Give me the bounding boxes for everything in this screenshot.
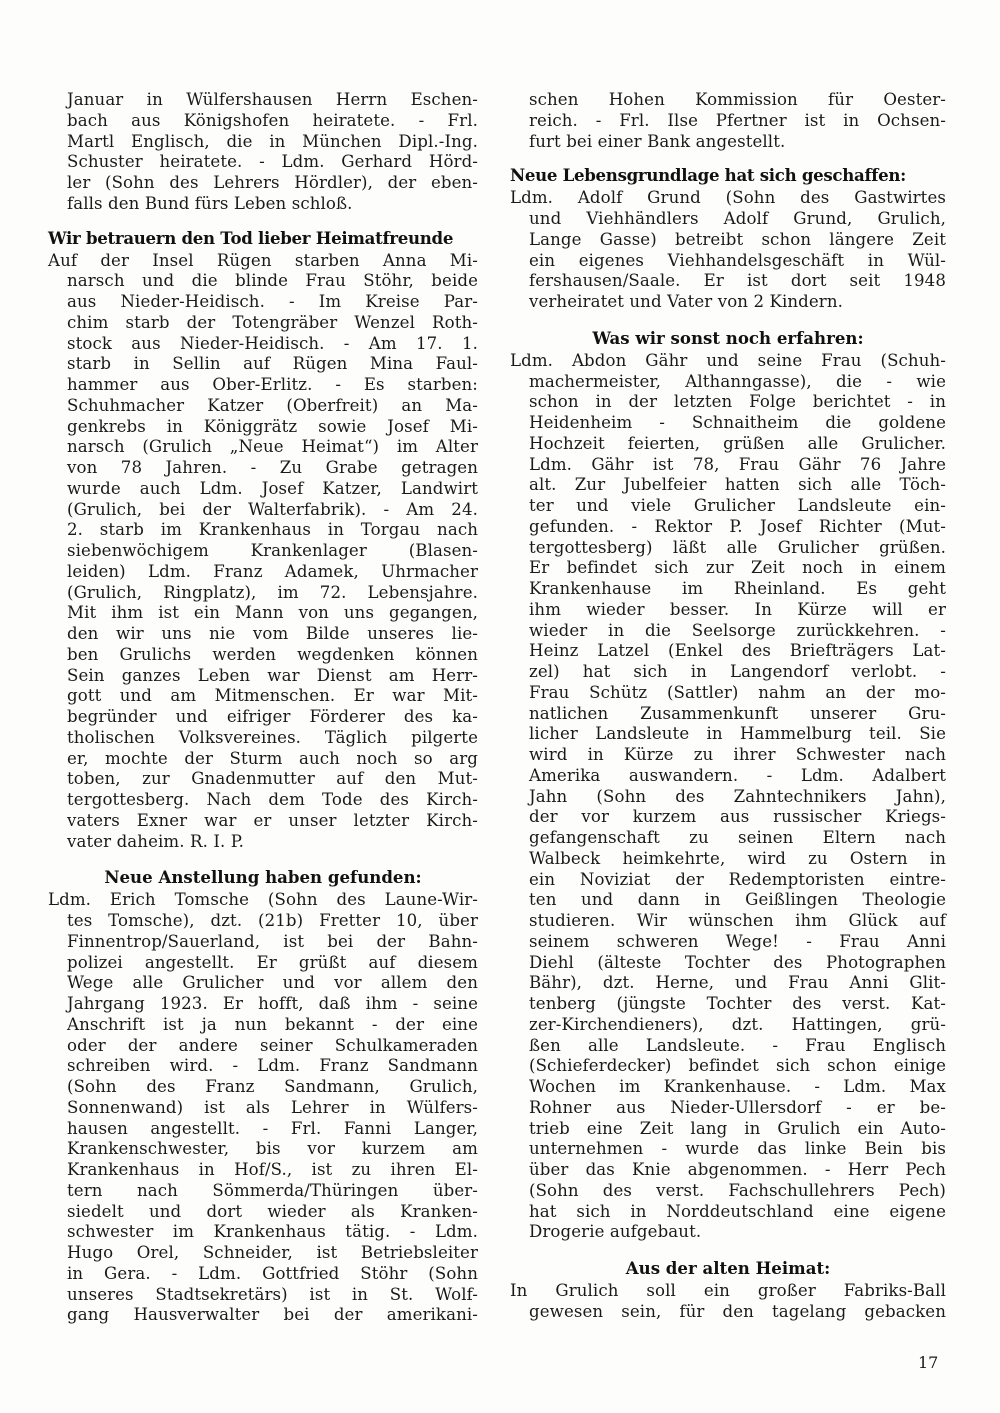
text-line: chim starb der Totengräber Wenzel Roth- (67, 313, 478, 334)
text-line: fershausen/Saale. Er ist dort seit 1948 (529, 271, 946, 292)
text-line: (Sohn des Franz Sandmann, Grulich, (67, 1077, 478, 1098)
text-line: tholischen Volksvereines. Täglich pilger… (67, 728, 478, 749)
text-line: Heidenheim - Schnaitheim die goldene (529, 413, 946, 434)
section-old-homeland: Aus der alten Heimat: In Grulich soll ei… (510, 1255, 946, 1323)
text-line: Walbeck heimkehrte, wird zu Ostern in (529, 849, 946, 870)
text-line: tes Tomsche), dzt. (21b) Fretter 10, übe… (67, 911, 478, 932)
text-line: ßen alle Landsleute. - Frau Englisch (529, 1036, 946, 1057)
text-line: leiden) Ldm. Franz Adamek, Uhrmacher (67, 562, 478, 583)
text-line: reich. - Frl. Ilse Pfertner ist in Ochse… (529, 111, 946, 132)
text-line: ihm wieder besser. In Kürze will er (529, 600, 946, 621)
section-new-employment: Neue Anstellung haben gefunden: Ldm. Eri… (48, 864, 478, 1326)
section-heading: Neue Lebensgrundlage hat sich geschaffen… (510, 162, 946, 188)
text-line: falls den Bund fürs Leben schloß. (67, 194, 478, 215)
document-page: Januar in Wülfershausen Herrn Eschen- ba… (0, 0, 1000, 1413)
text-line: Ldm. Abdon Gähr und seine Frau (Schuh- (510, 351, 946, 372)
text-line: wurde auch Ldm. Josef Katzer, Landwirt (67, 479, 478, 500)
text-line: Schuhmacher Katzer (Oberfreit) an Ma- (67, 396, 478, 417)
text-line: ein eigenes Viehhandelsgeschäft in Wül- (529, 251, 946, 272)
text-line: siebenwöchigem Krankenlager (Blasen- (67, 541, 478, 562)
text-line: von 78 Jahren. - Zu Grabe getragen (67, 458, 478, 479)
text-line: narsch (Grulich „Neue Heimat“) im Alter (67, 437, 478, 458)
text-line: Ldm. Gähr ist 78, Frau Gähr 76 Jahre (529, 455, 946, 476)
text-line: unseres Stadtsekretärs) ist in St. Wolf- (67, 1285, 478, 1306)
text-line: 2. starb im Krankenhaus in Torgau nach (67, 520, 478, 541)
text-line: furt bei einer Bank angestellt. (529, 132, 946, 153)
text-line: seinem schweren Wege! - Frau Anni (529, 932, 946, 953)
text-line: ben Grulichs werden wegdenken können (67, 645, 478, 666)
text-line: Mit ihm ist ein Mann von uns gegangen, (67, 603, 478, 624)
text-line: schen Hohen Kommission für Oester- (529, 90, 946, 111)
text-line: Wochen im Krankenhause. - Ldm. Max (529, 1077, 946, 1098)
text-line: verheiratet und Vater von 2 Kindern. (529, 292, 946, 313)
text-line: Sonnenwand) ist als Lehrer in Wülfers- (67, 1098, 478, 1119)
section-heading: Wir betrauern den Tod lieber Heimatfreun… (48, 225, 478, 251)
text-line: wieder in die Seelsorge zurückkehren. - (529, 621, 946, 642)
section-other-news: Was wir sonst noch erfahren: Ldm. Abdon … (510, 325, 946, 1243)
text-line: stock aus Nieder-Heidisch. - Am 17. 1. (67, 334, 478, 355)
text-line: tergottesberg) läßt alle Grulicher grüße… (529, 538, 946, 559)
text-line: Jahrgang 1923. Er hofft, daß ihm - seine (67, 994, 478, 1015)
text-line: siedelt und dort wieder als Kranken- (67, 1202, 478, 1223)
text-line: polizei angestellt. Er grüßt auf diesem (67, 953, 478, 974)
text-line: Krankenhaus in Hof/S., ist zu ihren El- (67, 1160, 478, 1181)
text-line: Drogerie aufgebaut. (529, 1222, 946, 1243)
text-line: alt. Zur Jubelfeier hatten sich alle Töc… (529, 475, 946, 496)
text-line: Hochzeit feierten, grüßen alle Grulicher… (529, 434, 946, 455)
text-line: ein Noviziat der Redemptoristen eintre- (529, 870, 946, 891)
text-line: gang Hausverwalter bei der amerikani- (67, 1305, 478, 1326)
text-line: schon in der letzten Folge berichtet - i… (529, 392, 946, 413)
text-line: in Gera. - Ldm. Gottfried Stöhr (Sohn (67, 1264, 478, 1285)
text-line: Lange Gasse) betreibt schon längere Zeit (529, 230, 946, 251)
text-line: natlichen Zusammenkunft unserer Gru- (529, 704, 946, 725)
text-line: Finnentrop/Sauerland, ist bei der Bahn- (67, 932, 478, 953)
text-line: begründer und eifriger Förderer des ka- (67, 707, 478, 728)
text-line: studieren. Wir wünschen ihm Glück auf (529, 911, 946, 932)
text-line: schreiben wird. - Ldm. Franz Sandmann (67, 1056, 478, 1077)
text-line: aus Nieder-Heidisch. - Im Kreise Par- (67, 292, 478, 313)
text-line: (Schieferdecker) befindet sich schon ein… (529, 1056, 946, 1077)
text-line: Sein ganzes Leben war Dienst am Herr- (67, 666, 478, 687)
text-line: tern nach Sömmerda/Thüringen über- (67, 1181, 478, 1202)
text-line: zer-Kirchendieners), dzt. Hattingen, grü… (529, 1015, 946, 1036)
text-line: genkrebs in Königgrätz sowie Josef Mi- (67, 417, 478, 438)
text-line: (Grulich, Ringplatz), im 72. Lebensjahre… (67, 583, 478, 604)
text-line: hat sich in Norddeutschland eine eigene (529, 1202, 946, 1223)
section-heading: Aus der alten Heimat: (510, 1255, 946, 1281)
text-line: tergottesberg. Nach dem Tode des Kirch- (67, 790, 478, 811)
text-line: ter und viele Grulicher Landsleute ein- (529, 496, 946, 517)
text-line: Krankenschwester, bis vor kurzem am (67, 1139, 478, 1160)
text-line: Schuster heiratete. - Ldm. Gerhard Hörd- (67, 152, 478, 173)
text-line: Januar in Wülfershausen Herrn Eschen- (67, 90, 478, 111)
text-line: licher Landsleute in Hammelburg teil. Si… (529, 724, 946, 745)
text-line: (Grulich, bei der Walterfabrik). - Am 24… (67, 500, 478, 521)
page-number: 17 (918, 1353, 938, 1372)
text-line: toben, zur Gnadenmutter auf den Mut- (67, 769, 478, 790)
text-line: ler (Sohn des Lehrers Hördler), der eben… (67, 173, 478, 194)
text-line: er, mochte der Sturm auch noch so arg (67, 749, 478, 770)
text-line: Martl Englisch, die in München Dipl.-Ing… (67, 132, 478, 153)
text-line: unternehmen - wurde das linke Bein bis (529, 1139, 946, 1160)
text-line: Amerika auswandern. - Ldm. Adalbert (529, 766, 946, 787)
text-line: gewesen sein, für den tagelang gebacken (529, 1302, 946, 1323)
text-line: Heinz Latzel (Enkel des Briefträgers Lat… (529, 641, 946, 662)
text-line: zel) hat sich in Langendorf verlobt. - (529, 662, 946, 683)
text-line: In Grulich soll ein großer Fabriks-Ball (510, 1281, 946, 1302)
text-line: hammer aus Ober-Erlitz. - Es starben: (67, 375, 478, 396)
text-line: (Sohn des verst. Fachschullehrers Pech) (529, 1181, 946, 1202)
section-new-livelihood: Neue Lebensgrundlage hat sich geschaffen… (510, 162, 946, 313)
section-heading: Neue Anstellung haben gefunden: (48, 864, 478, 890)
text-line: Rohner aus Nieder-Ullersdorf - er be- (529, 1098, 946, 1119)
text-line: oder der andere seiner Schulkameraden (67, 1036, 478, 1057)
text-line: Er befindet sich zur Zeit noch in einem (529, 558, 946, 579)
text-line: gefunden. - Rektor P. Josef Richter (Mut… (529, 517, 946, 538)
text-line: über das Knie abgenommen. - Herr Pech (529, 1160, 946, 1181)
text-line: den wir uns nie vom Bilde unseres lie- (67, 624, 478, 645)
text-line: gott und am Mitmenschen. Er war Mit- (67, 686, 478, 707)
section-deaths: Wir betrauern den Tod lieber Heimatfreun… (48, 225, 478, 853)
left-column: Januar in Wülfershausen Herrn Eschen- ba… (48, 90, 478, 1326)
text-line: Frau Schütz (Sattler) nahm an der mo- (529, 683, 946, 704)
text-line: narsch und die blinde Frau Stöhr, beide (67, 271, 478, 292)
text-line: Auf der Insel Rügen starben Anna Mi- (48, 251, 478, 272)
text-line: schwester im Krankenhaus tätig. - Ldm. (67, 1222, 478, 1243)
text-line: wird in Kürze zu ihrer Schwester nach (529, 745, 946, 766)
section-heading: Was wir sonst noch erfahren: (510, 325, 946, 351)
text-line: ten und dann in Geißlingen Theologie (529, 890, 946, 911)
text-line: Jahn (Sohn des Zahntechnikers Jahn), (529, 787, 946, 808)
right-column: schen Hohen Kommission für Oester- reich… (510, 90, 946, 1323)
text-line: Bähr), dzt. Herne, und Frau Anni Glit- (529, 973, 946, 994)
text-line: bach aus Königshofen heiratete. - Frl. (67, 111, 478, 132)
text-line: Hugo Orel, Schneider, ist Betriebsleiter (67, 1243, 478, 1264)
intro-paragraph-left: Januar in Wülfershausen Herrn Eschen- ba… (48, 90, 478, 215)
text-line: Diehl (älteste Tochter des Photographen (529, 953, 946, 974)
text-line: gefangenschaft zu seinen Eltern nach (529, 828, 946, 849)
text-line: Wege alle Grulicher und vor allem den (67, 973, 478, 994)
text-line: Ldm. Erich Tomsche (Sohn des Laune-Wir- (48, 890, 478, 911)
intro-paragraph-right: schen Hohen Kommission für Oester- reich… (510, 90, 946, 152)
text-line: und Viehhändlers Adolf Grund, Grulich, (529, 209, 946, 230)
text-line: Ldm. Adolf Grund (Sohn des Gastwirtes (510, 188, 946, 209)
text-line: Krankenhause im Rheinland. Es geht (529, 579, 946, 600)
text-line: vaters Exner war er unser letzter Kirch- (67, 811, 478, 832)
text-line: starb in Sellin auf Rügen Mina Faul- (67, 354, 478, 375)
text-line: trieb eine Zeit lang in Grulich ein Auto… (529, 1119, 946, 1140)
text-line: Anschrift ist ja nun bekannt - der eine (67, 1015, 478, 1036)
text-line: hausen angestellt. - Frl. Fanni Langer, (67, 1119, 478, 1140)
text-line: machermeister, Althanngasse), die - wie (529, 372, 946, 393)
text-line: vater daheim. R. I. P. (67, 832, 478, 853)
text-line: der vor kurzem aus russischer Kriegs- (529, 807, 946, 828)
text-line: tenberg (jüngste Tochter des verst. Kat- (529, 994, 946, 1015)
